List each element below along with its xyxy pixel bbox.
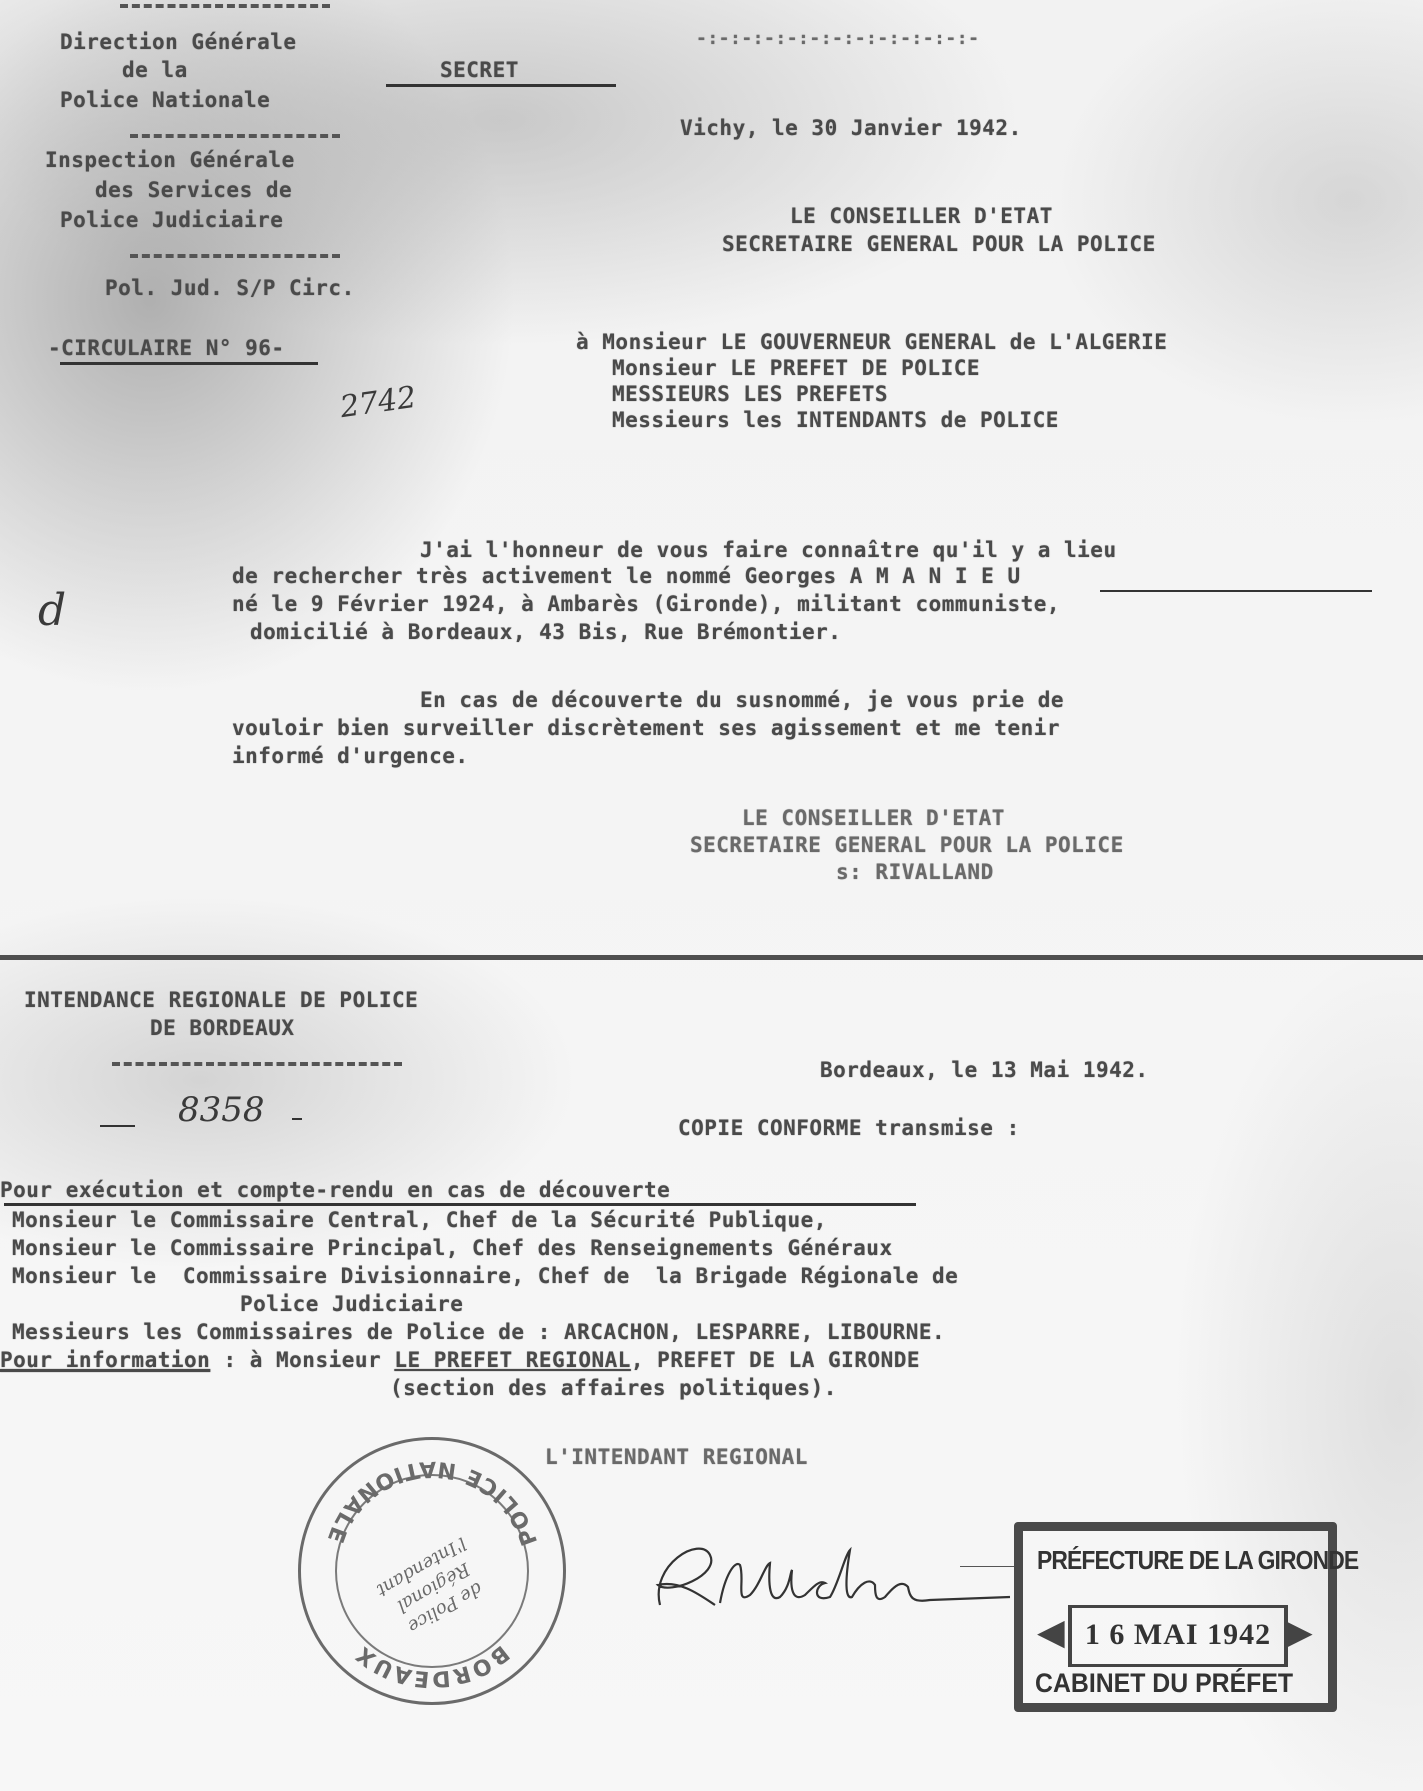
stamp-left-arrow-icon: ◀: [1037, 1611, 1065, 1653]
recipient-line: Monsieur le Commissaire Principal, Chef …: [12, 1238, 893, 1259]
recipient-line: Monsieur le Commissaire Central, Chef de…: [12, 1210, 827, 1231]
circular-underline: [60, 362, 318, 365]
svg-text:POLICE NATIONALE: POLICE NATIONALE: [321, 1456, 543, 1549]
classification-label: SECRET: [440, 60, 519, 81]
signature-tail: [960, 1566, 1016, 1567]
information-sub: (section des affaires politiques).: [390, 1378, 837, 1399]
stamp-prefecture: PRÉFECTURE DE LA GIRONDE: [1037, 1545, 1358, 1576]
recipient-line: Monsieur le Commissaire Divisionnaire, C…: [12, 1266, 958, 1287]
regional-prefect: LE PREFET REGIONAL: [394, 1348, 631, 1372]
signatory-title: L'INTENDANT REGIONAL: [545, 1447, 808, 1468]
stamp-right-arrow-icon: ▶: [1285, 1611, 1313, 1653]
recipient-line: MESSIEURS LES PREFETS: [612, 384, 888, 405]
classification-underline: [386, 84, 616, 87]
recipient-line: à Monsieur LE GOUVERNEUR GENERAL de L'AL…: [576, 332, 1167, 353]
header-left-line: des Services de: [95, 180, 292, 201]
body-line: de rechercher très activement le nommé G…: [232, 566, 1021, 587]
header-right-dashes: -:-:-:-:-:-:-:-:-:-:-:-:-: [696, 30, 979, 48]
information-label: Pour information: [0, 1348, 210, 1372]
police-seal: BORDEAUX POLICE NATIONALE de Police Régi…: [298, 1437, 566, 1705]
handwritten-dash: [100, 1125, 135, 1127]
information-line: Pour information : à Monsieur LE PREFET …: [0, 1350, 920, 1371]
signature-name: s: RIVALLAND: [836, 862, 994, 883]
header-left-line: Police Nationale: [60, 90, 270, 111]
signature-title: SECRETAIRE GENERAL POUR LA POLICE: [690, 835, 1124, 856]
recipient-line: Messieurs les Commissaires de Police de …: [12, 1322, 945, 1343]
stamp-date: 1 6 MAI 1942: [1072, 1618, 1284, 1652]
body-line: vouloir bien surveiller discrètement ses…: [232, 718, 1060, 739]
header-dash-rule: [130, 134, 340, 138]
place-date: Bordeaux, le 13 Mai 1942.: [820, 1060, 1149, 1081]
sender-title: LE CONSEILLER D'ETAT: [790, 206, 1053, 227]
header-dash-rule: [112, 1062, 402, 1066]
name-underline: [1100, 590, 1372, 592]
execution-heading: Pour exécution et compte-rendu en cas de…: [0, 1180, 670, 1201]
execution-underline: [4, 1203, 916, 1206]
stamp-date-box: 1 6 MAI 1942: [1068, 1605, 1288, 1667]
signature-title: LE CONSEILLER D'ETAT: [742, 808, 1005, 829]
header-left-line: Inspection Générale: [45, 150, 295, 171]
body-line: né le 9 Février 1924, à Ambarès (Gironde…: [232, 594, 1060, 615]
circular-number: -CIRCULAIRE N° 96-: [48, 338, 285, 359]
body-line: informé d'urgence.: [232, 746, 469, 767]
recipient-line: Police Judiciaire: [240, 1294, 463, 1315]
header-left-line: de la: [122, 60, 188, 81]
recipient-line: Monsieur LE PREFET DE POLICE: [612, 358, 980, 379]
handwritten-signature: R Duchon: [640, 1525, 1020, 1635]
stamp-cabinet: CABINET DU PRÉFET: [1035, 1668, 1293, 1699]
body-line: J'ai l'honneur de vous faire connaître q…: [420, 540, 1117, 561]
header-dash-rule: [120, 4, 330, 8]
header-left-line: Police Judiciaire: [60, 210, 283, 231]
place-date: Vichy, le 30 Janvier 1942.: [680, 118, 1022, 139]
office-header: DE BORDEAUX: [150, 1018, 295, 1039]
handwritten-number: 8358: [178, 1090, 265, 1130]
body-line: domicilié à Bordeaux, 43 Bis, Rue Brémon…: [250, 622, 841, 643]
sender-title: SECRETAIRE GENERAL POUR LA POLICE: [722, 234, 1156, 255]
margin-mark: d: [38, 585, 66, 636]
transmission-label: COPIE CONFORME transmise :: [678, 1118, 1020, 1139]
section-divider: [0, 955, 1423, 960]
header-dash-rule: [130, 254, 340, 258]
recipient-line: Messieurs les INTENDANTS de POLICE: [612, 410, 1059, 431]
service-reference: Pol. Jud. S/P Circ.: [105, 278, 355, 299]
received-date-stamp: PRÉFECTURE DE LA GIRONDE ◀ 1 6 MAI 1942 …: [1014, 1522, 1337, 1712]
handwritten-dash: [292, 1118, 302, 1120]
header-left-line: Direction Générale: [60, 32, 297, 53]
office-header: INTENDANCE REGIONALE DE POLICE: [24, 990, 418, 1011]
body-line: En cas de découverte du susnommé, je vou…: [420, 690, 1064, 711]
